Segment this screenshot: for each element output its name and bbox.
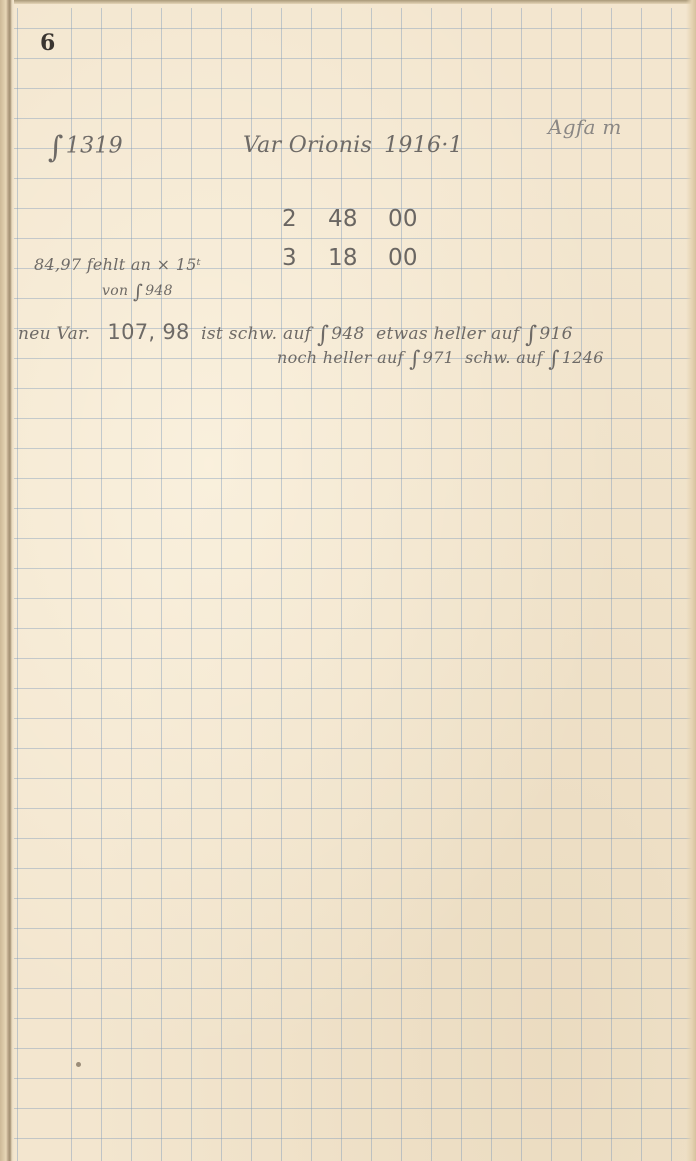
- integral-symbol: ∫: [548, 347, 560, 372]
- star-name: Var Orionis: [243, 133, 372, 158]
- plate-reference: ∫1319: [48, 130, 123, 165]
- value-cell: 48: [328, 206, 388, 232]
- note-text: etwas heller auf: [376, 324, 519, 344]
- value-cell: 00: [388, 245, 418, 271]
- note-number: 107, 98: [107, 320, 189, 344]
- side-note-line-2: von ∫948: [102, 281, 173, 303]
- notebook-page: 6 ∫1319 Var Orionis1916·1 Agfa m 24800 3…: [0, 0, 696, 1161]
- note-text: noch heller auf: [277, 348, 404, 367]
- entry-year: 1916·1: [384, 133, 463, 158]
- integral-symbol: ∫: [317, 322, 329, 348]
- entry-title: Var Orionis1916·1: [243, 133, 463, 158]
- integral-symbol: ∫: [133, 281, 143, 303]
- value-cell: 18: [328, 245, 388, 271]
- integral-symbol: ∫: [409, 347, 421, 372]
- page-number: 6: [40, 30, 55, 56]
- value-cell: 00: [388, 206, 418, 232]
- note-ref: 971: [423, 348, 454, 367]
- plate-reference-number: 1319: [66, 134, 123, 159]
- note-text: ist schw. auf: [201, 324, 311, 344]
- value-cell: 2: [282, 206, 328, 232]
- plate-type-note: Agfa m: [548, 115, 622, 139]
- note-ref: 916: [539, 324, 572, 344]
- note-prefix: neu Var.: [18, 324, 90, 344]
- side-note-prefix: von: [102, 283, 128, 299]
- value-row: 24800: [282, 206, 418, 232]
- page-top-edge: [0, 0, 696, 4]
- side-note-ref: 948: [145, 283, 173, 299]
- value-cell: 3: [282, 245, 328, 271]
- graph-paper-grid: [12, 8, 696, 1161]
- note-line-2: noch heller auf ∫971 schw. auf ∫1246: [277, 347, 604, 372]
- page-right-edge: [686, 0, 696, 1161]
- pencil-mark: [76, 1062, 81, 1067]
- note-ref: 1246: [562, 348, 604, 367]
- integral-symbol: ∫: [525, 322, 537, 348]
- note-ref: 948: [331, 324, 364, 344]
- note-text: schw. auf: [465, 348, 543, 367]
- note-line-1: neu Var. 107, 98 ist schw. auf ∫948 etwa…: [18, 320, 573, 348]
- side-note-line-1: 84,97 fehlt an × 15ᵗ: [34, 255, 201, 274]
- binding-gutter: [0, 0, 14, 1161]
- value-row: 31800: [282, 245, 418, 271]
- integral-symbol: ∫: [48, 130, 64, 165]
